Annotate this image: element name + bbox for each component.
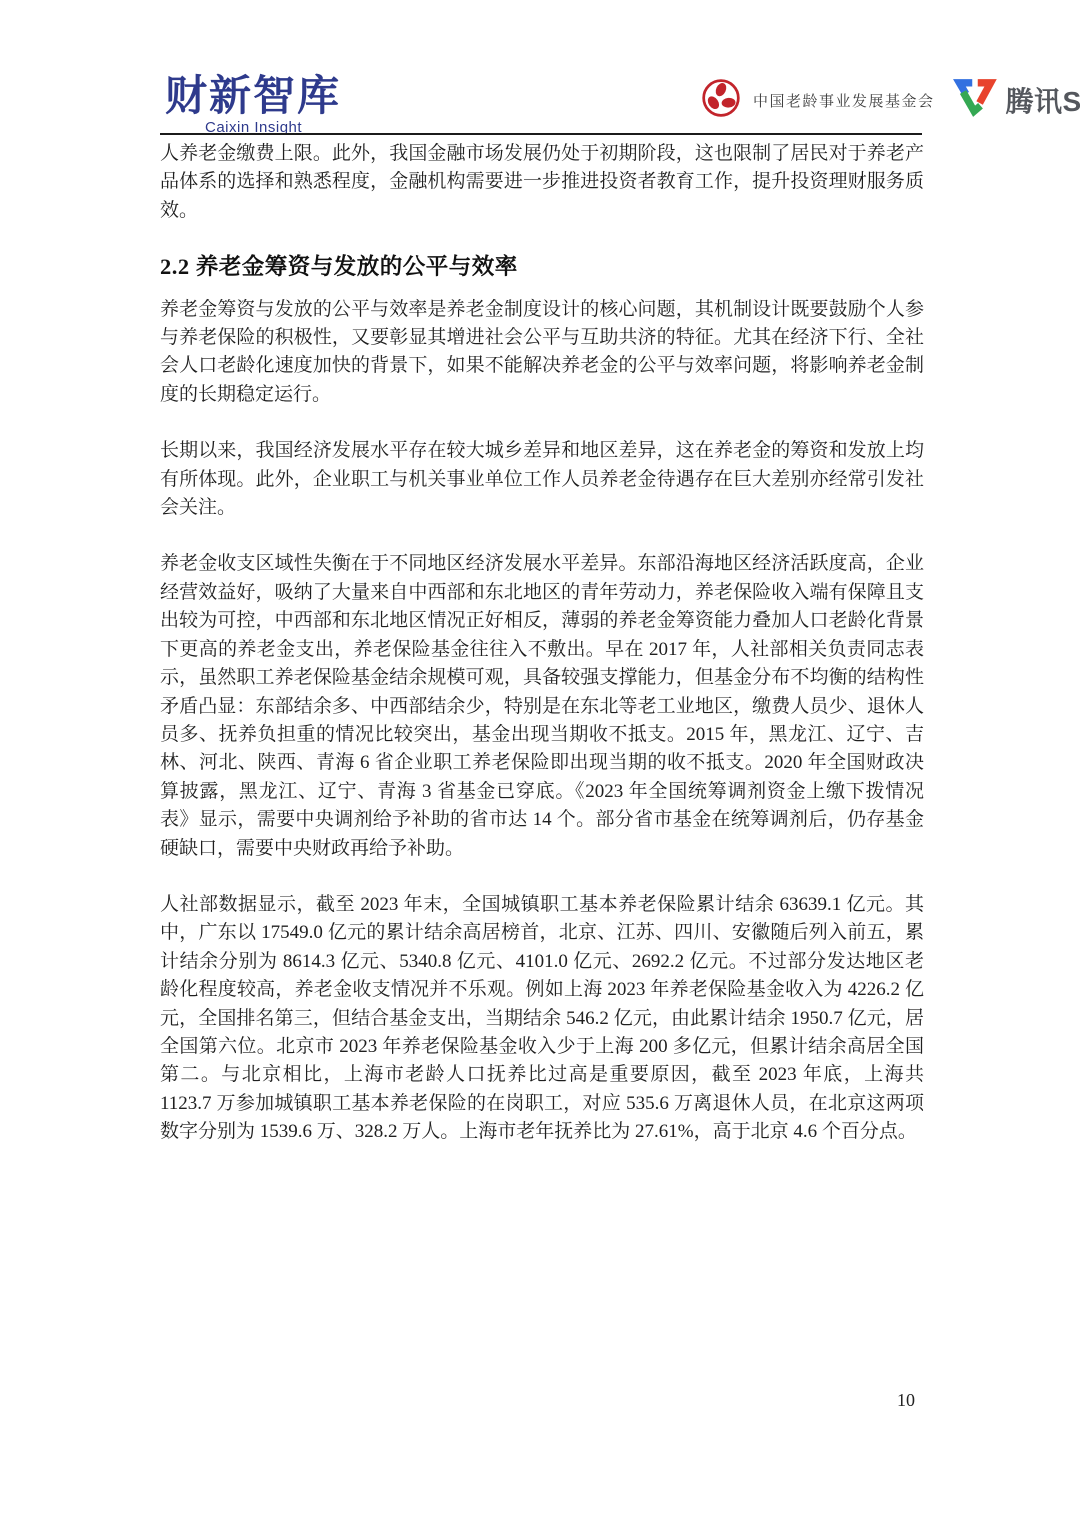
page-number: 10 [897, 1390, 915, 1411]
paragraph-3: 养老金收支区域性失衡在于不同地区经济发展水平差异。东部沿海地区经济活跃度高，企业… [160, 550, 924, 862]
partner-logos: 中国老龄事业发展基金会 腾讯SSV [700, 74, 1080, 126]
china-aging-foundation-logo: 中国老龄事业发展基金会 [700, 77, 935, 124]
paragraph-2: 长期以来，我国经济发展水平存在较大城乡差异和地区差异，这在养老金的筹资和发放上均… [160, 437, 924, 522]
section-heading: 2.2 养老金筹资与发放的公平与效率 [160, 253, 924, 281]
tencent-ssv-triangle-icon [953, 77, 997, 123]
foundation-label: 中国老龄事业发展基金会 [753, 90, 935, 111]
tencent-ssv-label: 腾讯SSV [1006, 80, 1080, 120]
paragraph-continued: 人养老金缴费上限。此外，我国金融市场发展仍处于初期阶段，这也限制了居民对于养老产… [160, 140, 924, 225]
document-page: 财新智库 Caixin Insight 中国老龄事业发展基金会 [0, 0, 1080, 1526]
paragraph-4: 人社部数据显示，截至 2023 年末，全国城镇职工基本养老保险累计结余 6363… [160, 891, 924, 1147]
header-divider [160, 133, 922, 135]
caixin-insight-logo: 财新智库 Caixin Insight [165, 74, 341, 136]
paragraph-1: 养老金筹资与发放的公平与效率是养老金制度设计的核心问题，其机制设计既要鼓励个人参… [160, 296, 924, 410]
tencent-ssv-logo: 腾讯SSV [953, 77, 1080, 123]
caixin-logo-wordmark: 财新智库 [165, 74, 341, 118]
document-body: 人养老金缴费上限。此外，我国金融市场发展仍处于初期阶段，这也限制了居民对于养老产… [160, 140, 924, 1175]
foundation-emblem-icon [700, 77, 742, 124]
